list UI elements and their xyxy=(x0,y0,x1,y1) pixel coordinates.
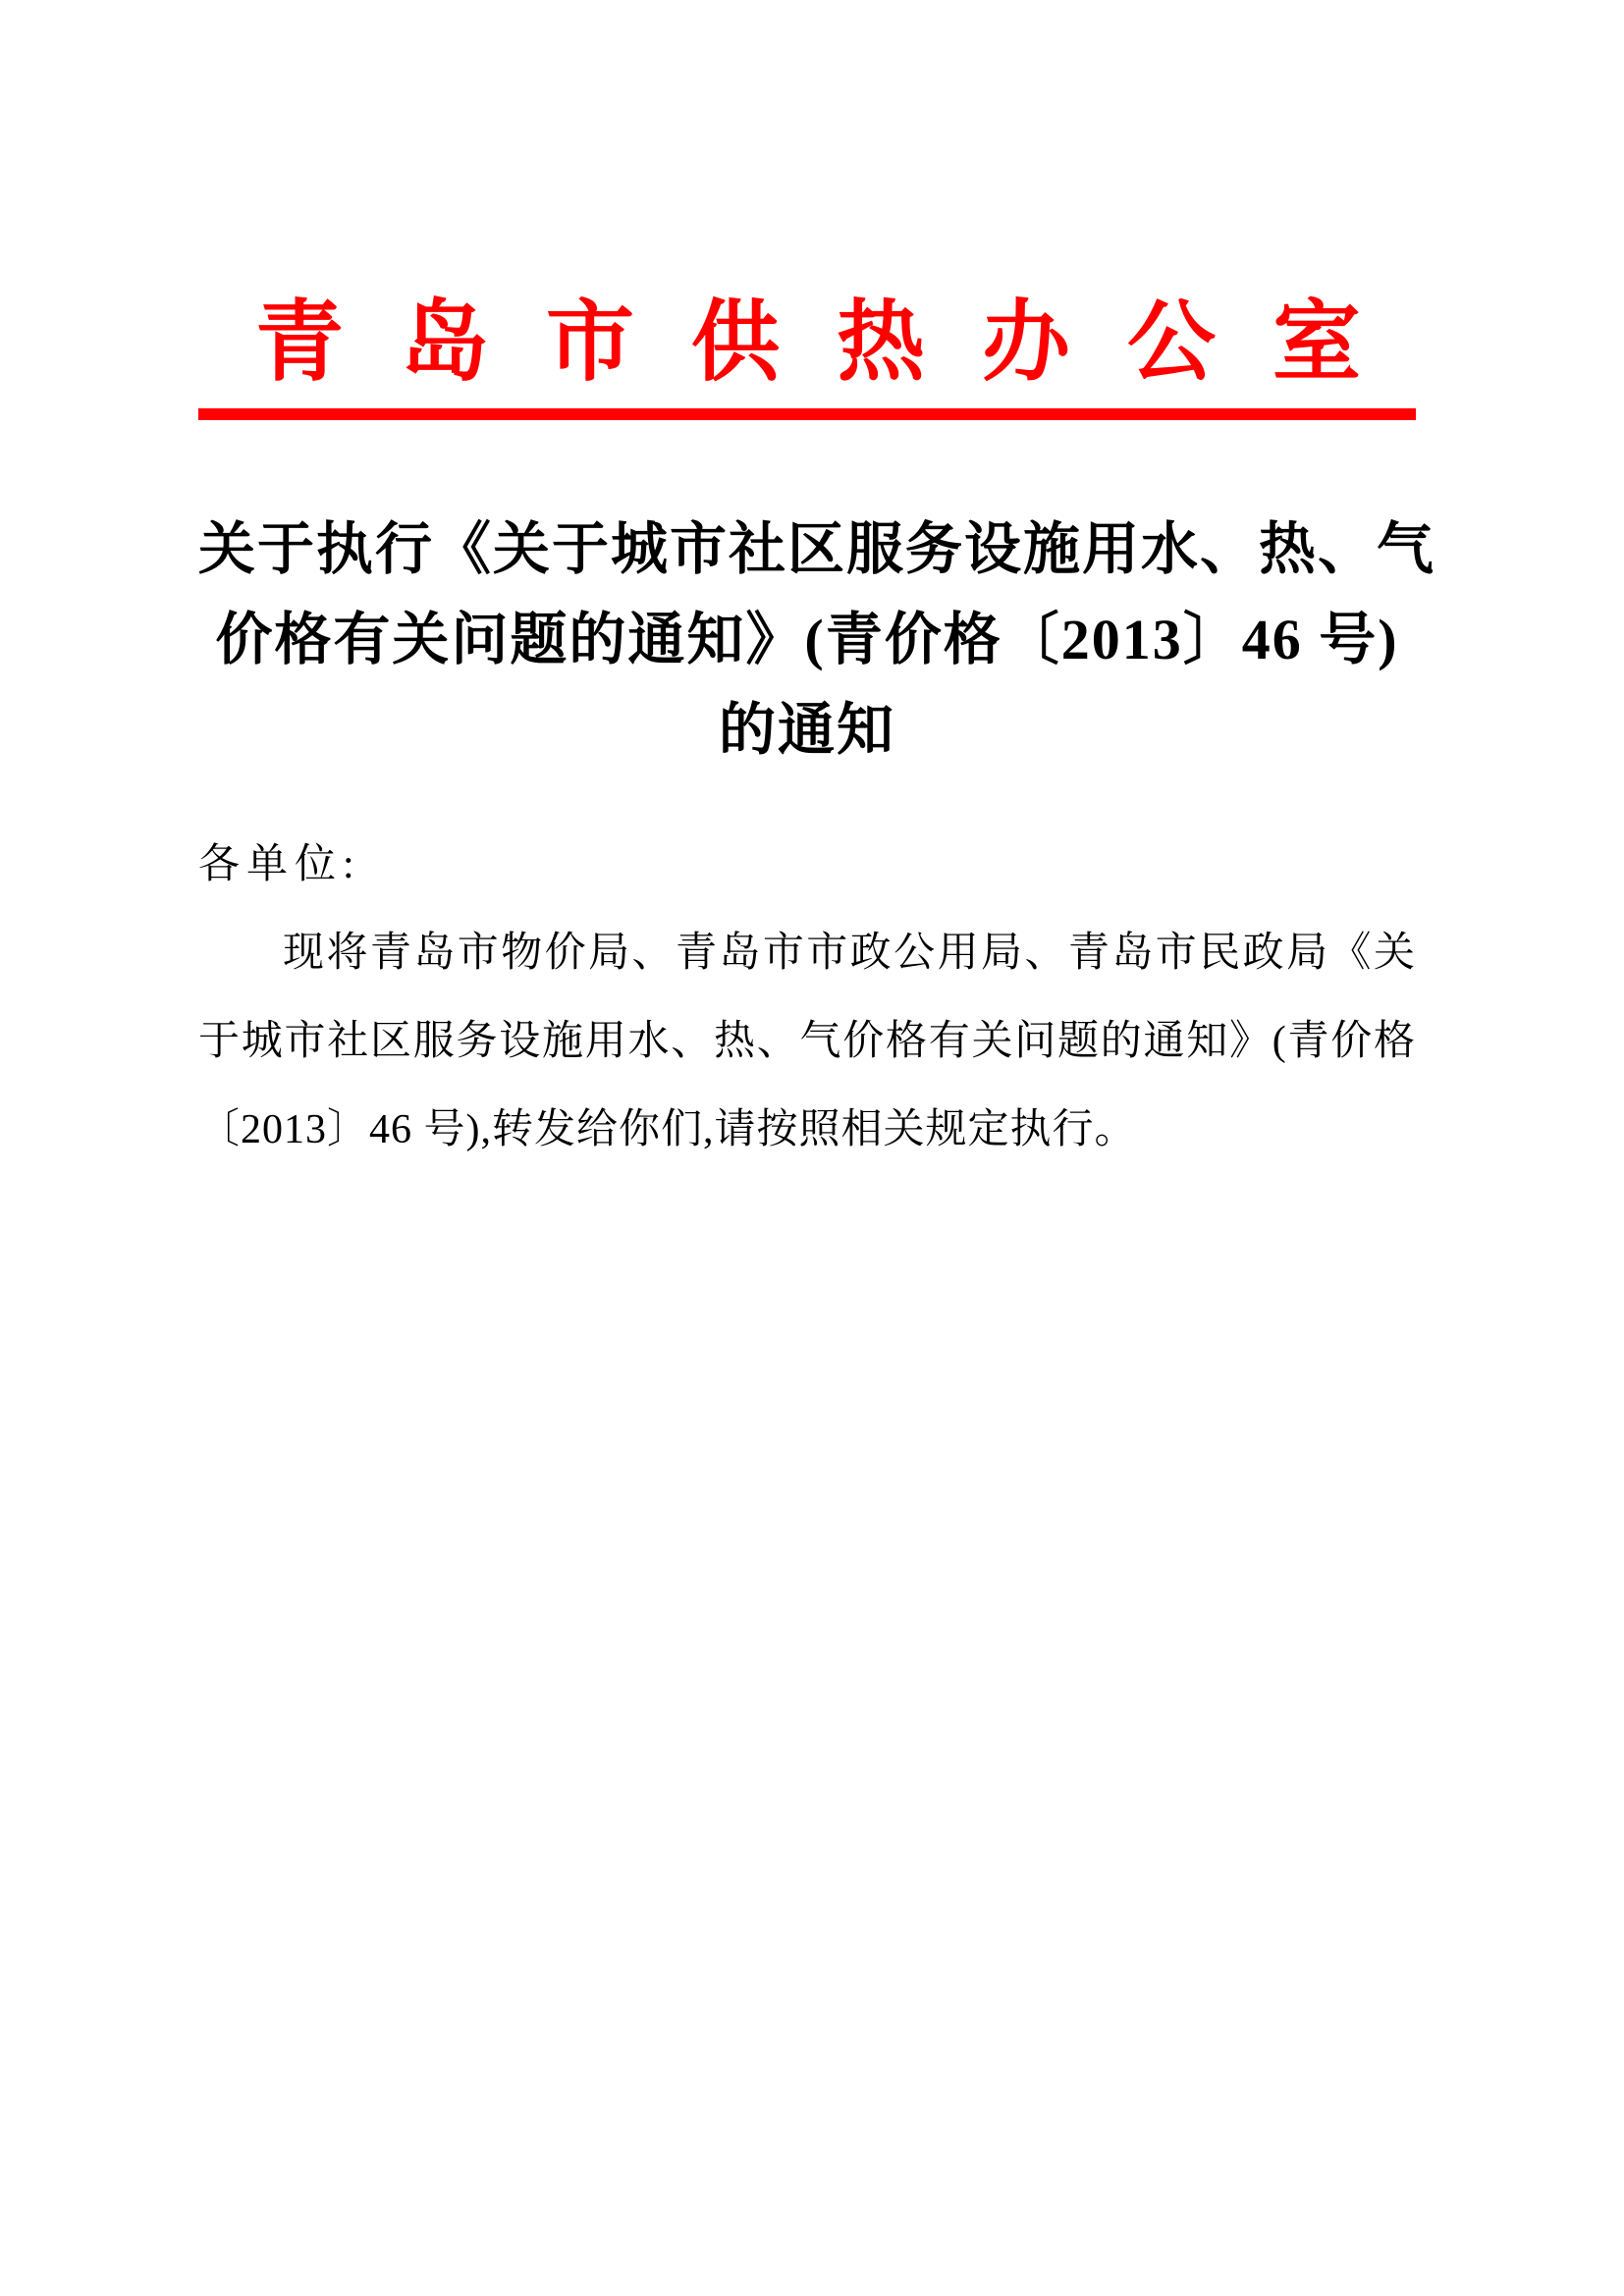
document-body: 各单位: 现将青岛市物价局、青岛市市政公用局、青岛市民政局《关 于城市社区服务设… xyxy=(198,821,1416,1174)
agency-letterhead: 青岛市供热办公室 xyxy=(198,287,1416,420)
title-line-1: 关于执行《关于城市社区服务设施用水、热、气 xyxy=(198,505,1416,595)
red-divider-line xyxy=(198,408,1416,420)
paragraph-line-3: 〔2013〕46 号),转发给你们,请按照相关规定执行。 xyxy=(198,1086,1416,1174)
paragraph-line-2: 于城市社区服务设施用水、热、气价格有关问题的通知》(青价格 xyxy=(198,997,1416,1086)
title-line-3: 的通知 xyxy=(198,685,1416,775)
notice-page: 青岛市供热办公室 关于执行《关于城市社区服务设施用水、热、气 价格有关问题的通知… xyxy=(0,0,1624,2296)
paragraph-line-1: 现将青岛市物价局、青岛市市政公用局、青岛市民政局《关 xyxy=(198,909,1416,997)
document-title: 关于执行《关于城市社区服务设施用水、热、气 价格有关问题的通知》(青价格〔201… xyxy=(198,505,1416,775)
salutation: 各单位: xyxy=(198,821,1416,909)
title-line-2: 价格有关问题的通知》(青价格〔2013〕46 号) xyxy=(198,595,1416,685)
page-content: 青岛市供热办公室 关于执行《关于城市社区服务设施用水、热、气 价格有关问题的通知… xyxy=(198,0,1416,1174)
agency-name: 青岛市供热办公室 xyxy=(198,287,1416,400)
